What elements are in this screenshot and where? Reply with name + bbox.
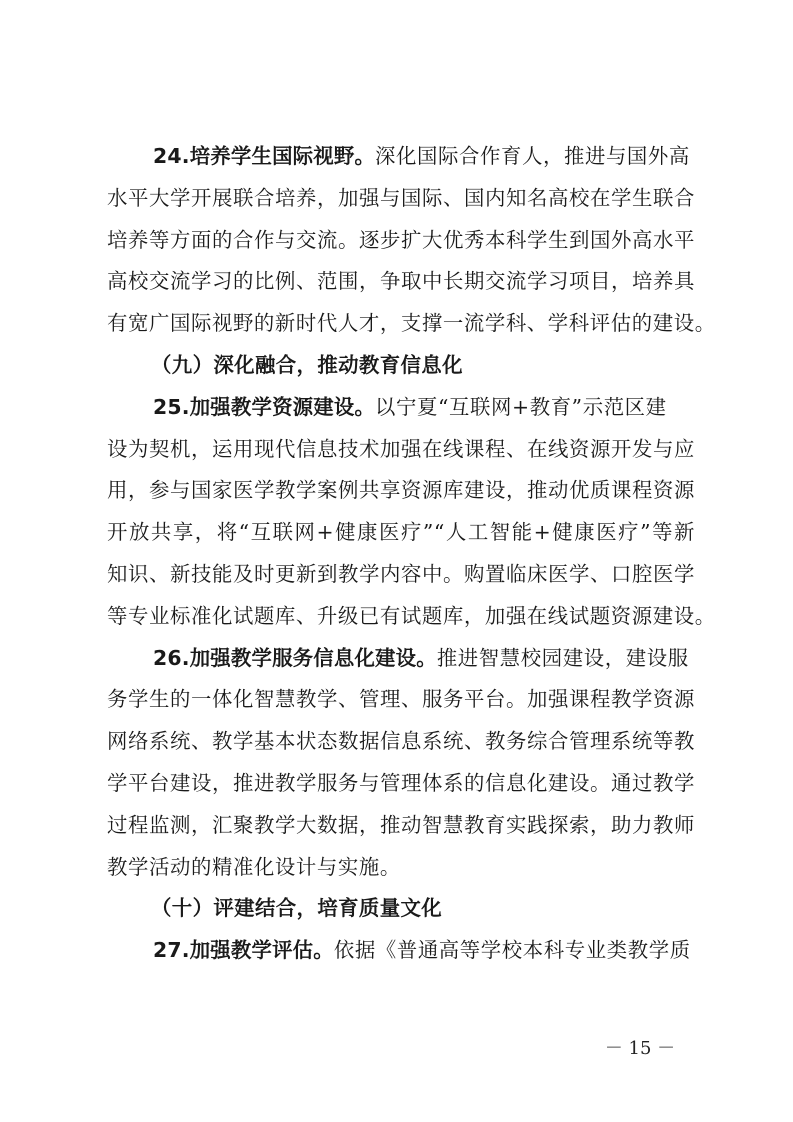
- paragraph-24-line-3: 培养等方面的合作与交流。逐步扩大优秀本科学生到国外高水平: [107, 220, 695, 262]
- paragraph-27-line-1: 27.加强教学评估。依据《普通高等学校本科专业类教学质: [107, 930, 695, 972]
- section-9-heading: （九）深化融合，推动教育信息化: [107, 345, 695, 387]
- document-body: 24.培养学生国际视野。深化国际合作育人，推进与国外高 水平大学开展联合培养，加…: [107, 136, 695, 972]
- item-24-text: 深化国际合作育人，推进与国外高: [375, 144, 690, 168]
- paragraph-25-line-4: 开放共享，将“互联网+健康医疗”“人工智能+健康医疗”等新: [107, 512, 695, 554]
- paragraph-24-line-4: 高校交流学习的比例、范围，争取中长期交流学习项目，培养具: [107, 261, 695, 303]
- paragraph-24-line-1: 24.培养学生国际视野。深化国际合作育人，推进与国外高: [107, 136, 695, 178]
- paragraph-25-line-3: 用，参与国家医学教学案例共享资源库建设，推动优质课程资源: [107, 470, 695, 512]
- paragraph-26-line-6: 教学活动的精准化设计与实施。: [107, 847, 695, 889]
- paragraph-25-line-2: 设为契机，运用现代信息技术加强在线课程、在线资源开发与应: [107, 429, 695, 471]
- paragraph-25-line-1: 25.加强教学资源建设。以宁夏“互联网+教育”示范区建: [107, 387, 695, 429]
- paragraph-26-line-4: 学平台建设，推进教学服务与管理体系的信息化建设。通过教学: [107, 763, 695, 805]
- item-27-title: 27.加强教学评估。: [153, 938, 334, 962]
- paragraph-24-line-2: 水平大学开展联合培养，加强与国际、国内知名高校在学生联合: [107, 178, 695, 220]
- page-number: － 15 －: [600, 1034, 680, 1060]
- paragraph-26-line-2: 务学生的一体化智慧教学、管理、服务平台。加强课程教学资源: [107, 679, 695, 721]
- item-27-text: 依据《普通高等学校本科专业类教学质: [334, 938, 691, 962]
- paragraph-26-line-1: 26.加强教学服务信息化建设。推进智慧校园建设，建设服: [107, 638, 695, 680]
- paragraph-26-line-3: 网络系统、教学基本状态数据信息系统、教务综合管理系统等教: [107, 721, 695, 763]
- item-25-title: 25.加强教学资源建设。: [153, 395, 375, 419]
- item-24-title: 24.培养学生国际视野。: [153, 144, 375, 168]
- item-26-title: 26.加强教学服务信息化建设。: [153, 646, 437, 670]
- paragraph-26-line-5: 过程监测，汇聚教学大数据，推动智慧教育实践探索，助力教师: [107, 805, 695, 847]
- paragraph-25-line-5: 知识、新技能及时更新到教学内容中。购置临床医学、口腔医学: [107, 554, 695, 596]
- section-10-heading: （十）评建结合，培育质量文化: [107, 888, 695, 930]
- item-25-text: 以宁夏“互联网+教育”示范区建: [375, 395, 667, 419]
- document-page: 24.培养学生国际视野。深化国际合作育人，推进与国外高 水平大学开展联合培养，加…: [0, 0, 793, 1122]
- paragraph-24-line-5: 有宽广国际视野的新时代人才，支撑一流学科、学科评估的建设。: [107, 303, 695, 345]
- paragraph-25-line-6: 等专业标准化试题库、升级已有试题库，加强在线试题资源建设。: [107, 596, 695, 638]
- item-26-text: 推进智慧校园建设，建设服: [437, 646, 689, 670]
